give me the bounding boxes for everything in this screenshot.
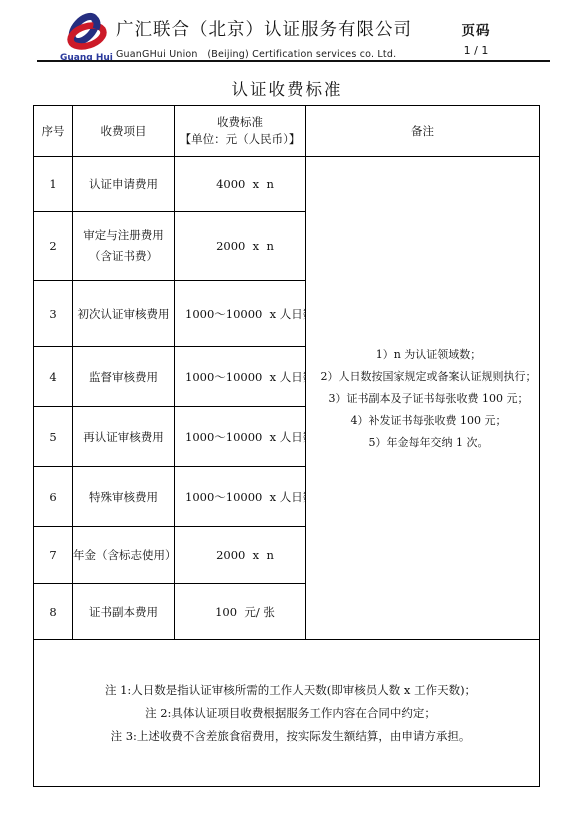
remarks-cell: 1）n 为认证领域数； 2）人日数按国家规定或备案认证规则执行； 3）证书副本及… — [306, 157, 540, 640]
cell-fee: 2000 x n — [175, 527, 306, 584]
cell-item: 再认证审核费用 — [73, 407, 175, 467]
note-line: 注 3:上述收费不含差旅食宿费用，按实际发生额结算，由申请方承担。 — [42, 729, 539, 744]
cell-item: 审定与注册费用 （含证书费） — [73, 212, 175, 281]
col-header-fee: 收费标准 【单位：元（人民币）】 — [175, 106, 306, 157]
cell-no: 1 — [34, 157, 73, 212]
cell-fee: 1000～10000 x 人日数 — [175, 407, 306, 467]
col-header-fee-line2: 【单位：元（人民币）】 — [175, 131, 305, 148]
cell-item: 初次认证审核费用 — [73, 281, 175, 347]
cell-fee: 1000～10000 x 人日数 — [175, 467, 306, 527]
logo-mark-icon — [62, 11, 110, 55]
table-row: 1 认证申请费用 4000 x n 1）n 为认证领域数； 2）人日数按国家规定… — [34, 157, 540, 212]
cell-item-line1: 审定与注册费用 — [73, 225, 174, 246]
cell-no: 8 — [34, 584, 73, 640]
cell-fee: 4000 x n — [175, 157, 306, 212]
page-number-label: 页码 — [438, 19, 514, 39]
company-name-en: GuanGHui Union (Beijing) Certification s… — [116, 46, 412, 60]
remark-line: 5）年金每年交纳 1 次。 — [318, 435, 539, 450]
page-number-block: 页码 1 / 1 — [438, 19, 514, 57]
page-number-value: 1 / 1 — [438, 44, 514, 57]
cell-no: 5 — [34, 407, 73, 467]
col-header-item: 收费项目 — [73, 106, 175, 157]
remark-line: 4）补发证书每张收费 100 元； — [318, 413, 539, 428]
company-name-block: 广汇联合（北京）认证服务有限公司 GuanGHui Union (Beijing… — [116, 18, 412, 60]
col-header-remark: 备注 — [306, 106, 540, 157]
cell-no: 7 — [34, 527, 73, 584]
note-line: 注 2:具体认证项目收费根据服务工作内容在合同中约定； — [42, 706, 539, 721]
col-header-no: 序号 — [34, 106, 73, 157]
cell-item: 年金（含标志使用） — [73, 527, 175, 584]
document-title: 认证收费标准 — [0, 76, 574, 100]
cell-item: 特殊审核费用 — [73, 467, 175, 527]
fee-table: 序号 收费项目 收费标准 【单位：元（人民币）】 备注 1 认证申请费用 400… — [33, 105, 540, 787]
company-name-zh: 广汇联合（北京）认证服务有限公司 — [116, 18, 412, 42]
company-logo: Guang Hui — [60, 11, 112, 63]
table-header-row: 序号 收费项目 收费标准 【单位：元（人民币）】 备注 — [34, 106, 540, 157]
col-header-fee-line1: 收费标准 — [175, 114, 305, 131]
cell-no: 2 — [34, 212, 73, 281]
cell-no: 6 — [34, 467, 73, 527]
cell-item: 监督审核费用 — [73, 347, 175, 407]
cell-no: 3 — [34, 281, 73, 347]
cell-fee: 2000 x n — [175, 212, 306, 281]
cell-item: 认证申请费用 — [73, 157, 175, 212]
cell-fee: 1000～10000 x 人日数 — [175, 281, 306, 347]
remark-line: 1）n 为认证领域数； — [318, 347, 539, 362]
cell-fee: 100 元/ 张 — [175, 584, 306, 640]
header-divider — [37, 60, 550, 62]
remark-line: 3）证书副本及子证书每张收费 100 元； — [318, 391, 539, 406]
note-line: 注 1:人日数是指认证审核所需的工作人天数(即审核员人数 x 工作天数)； — [42, 683, 539, 698]
table-notes-row: 注 1:人日数是指认证审核所需的工作人天数(即审核员人数 x 工作天数)； 注 … — [34, 640, 540, 787]
cell-no: 4 — [34, 347, 73, 407]
cell-item-line2: （含证书费） — [73, 246, 174, 267]
remark-line: 2）人日数按国家规定或备案认证规则执行； — [318, 369, 539, 384]
notes-cell: 注 1:人日数是指认证审核所需的工作人天数(即审核员人数 x 工作天数)； 注 … — [34, 640, 540, 787]
cell-item: 证书副本费用 — [73, 584, 175, 640]
cell-fee: 1000～10000 x 人日数 — [175, 347, 306, 407]
